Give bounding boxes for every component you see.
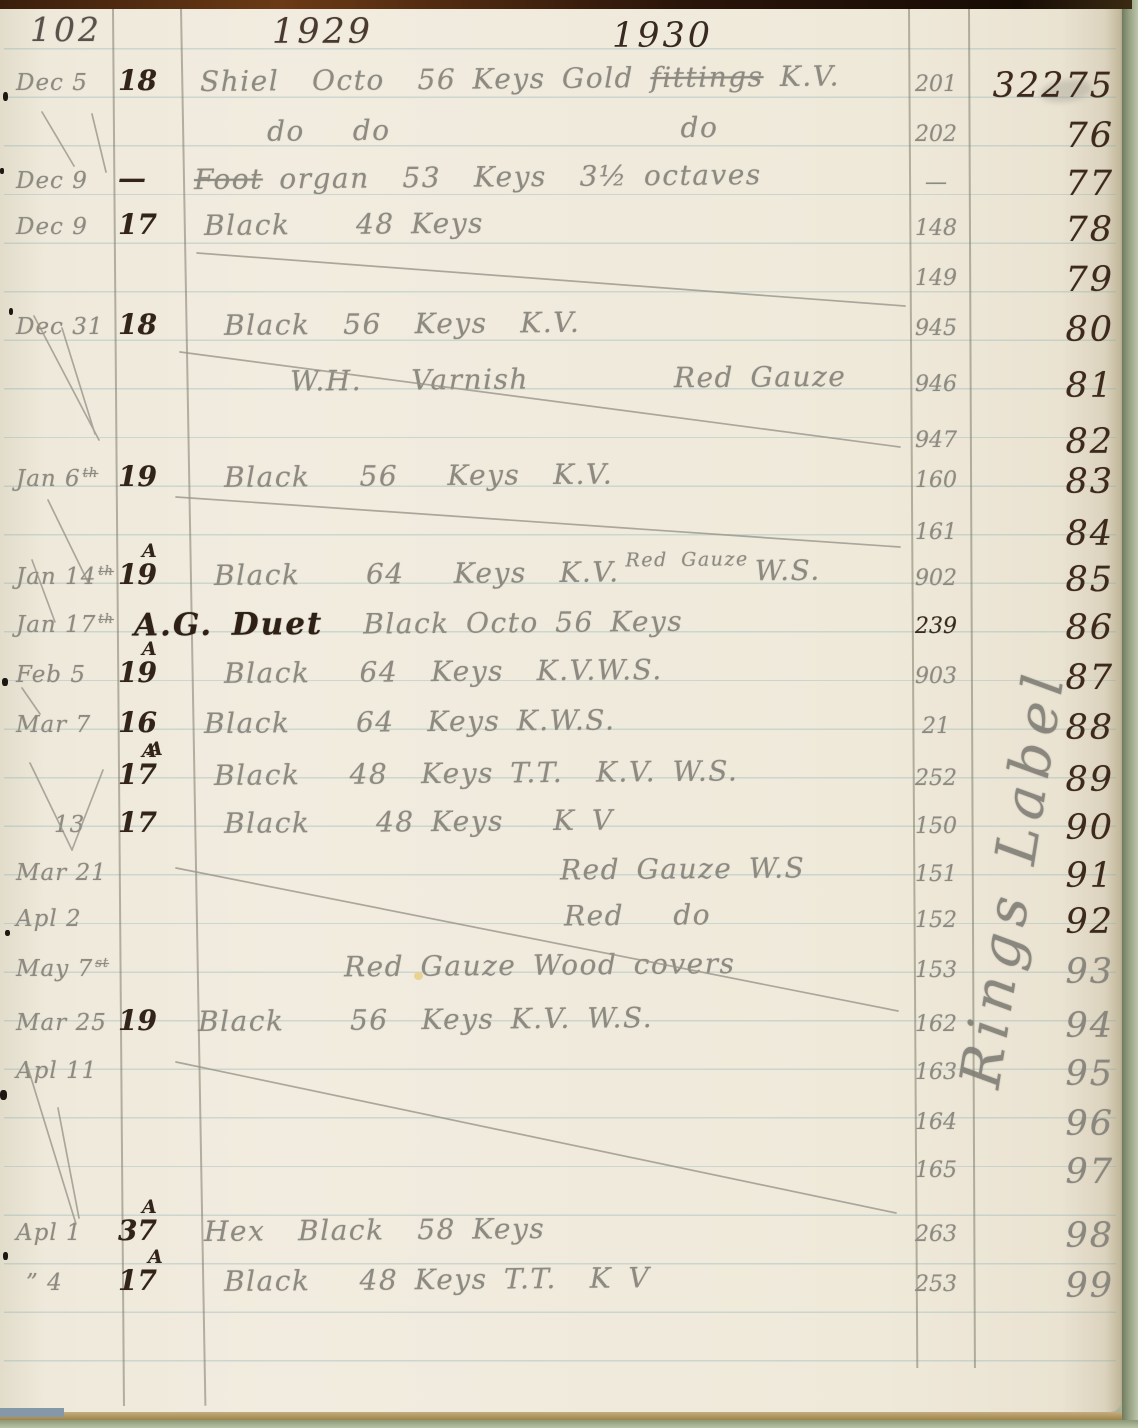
pencil-strike-lines: [0, 0, 1122, 1412]
book-top-edge: [0, 0, 1132, 9]
bottom-left-sliver: [0, 1408, 64, 1417]
ledger-page: 102 1929 1930 Dec 5 18 Shiel Octo 56 Key…: [0, 0, 1122, 1412]
scan-backdrop-bottom: [0, 1420, 1138, 1428]
scanned-ledger-page: 102 1929 1930 Dec 5 18 Shiel Octo 56 Key…: [0, 0, 1138, 1428]
page-bottom-edge: [0, 1412, 1122, 1420]
